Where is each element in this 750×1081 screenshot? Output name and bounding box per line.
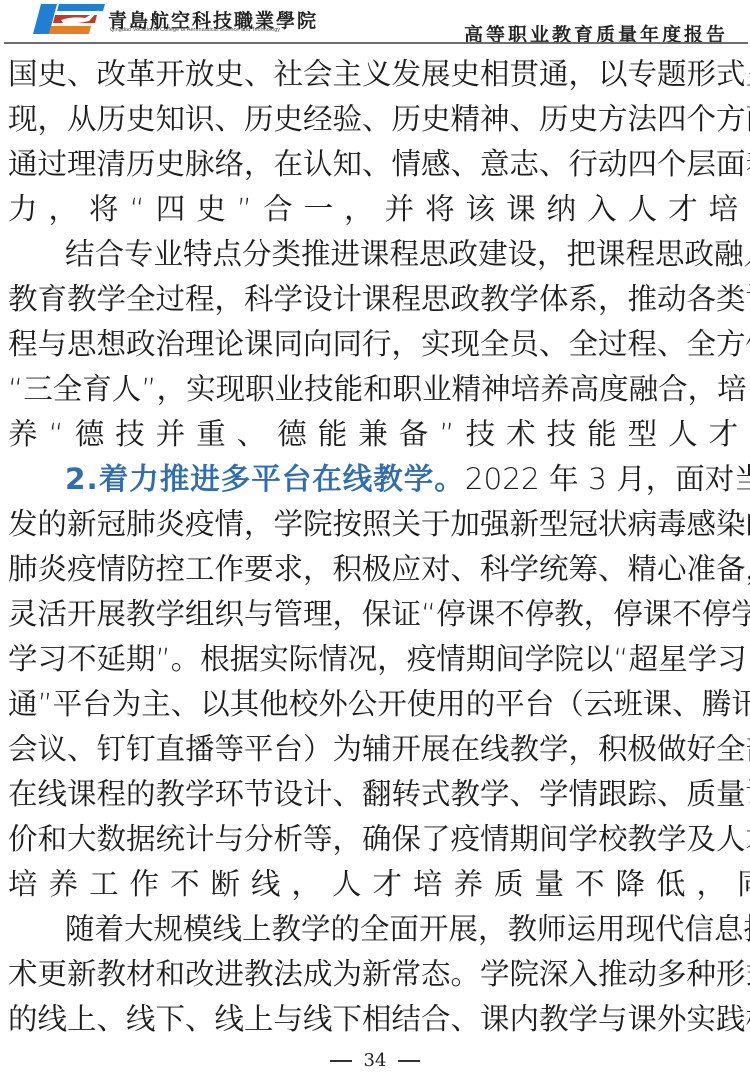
page-header: 青島航空科技職業學院 Qingdao Vocational College of… [0,0,750,44]
text-line: 通过理清历史脉络，在认知、情感、意志、行动四个层面着 [8,142,744,187]
page-number: 34 [364,1050,387,1071]
text-line: 肺炎疫情防控工作要求，积极应对、科学统筹、精心准备， [8,547,744,592]
text-line: 术更新教材和改进教法成为新常态。学院深入推动多种形式 [8,952,744,997]
text-line: 发的新冠肺炎疫情，学院按照关于加强新型冠状病毒感染的 [8,502,744,547]
page-footer: 34 [0,1050,750,1071]
text-line: 养“德技并重、德能兼备”技术技能型人才。 [8,412,744,457]
text-line: 随着大规模线上教学的全面开展，教师运用现代信息技 [8,907,744,952]
footer-dash-right [398,1060,420,1062]
text-line: 灵活开展教学组织与管理，保证“停课不停教，停课不停学， [8,592,744,637]
text-line: 教育教学全过程，科学设计课程思政教学体系，推动各类课 [8,277,744,322]
section-heading: 2.着力推进多平台在线教学。 [65,462,465,496]
footer-dash-left [330,1060,352,1062]
text-line: 2.着力推进多平台在线教学。2022 年 3 月，面对当地突 [8,457,744,502]
text-line: 力，将“四史”合一，并将该课纳入人才培养方案。 [8,187,744,232]
text-line: 结合专业特点分类推进课程思政建设，把课程思政融入 [8,232,744,277]
text-line: 价和大数据统计与分析等，确保了疫情期间学校教学及人才 [8,817,744,862]
paragraph-1: 国史、改革开放史、社会主义发展史相贯通，以专题形式呈 现，从历史知识、历史经验、… [8,52,744,232]
paragraph-3: 2.着力推进多平台在线教学。2022 年 3 月，面对当地突 发的新冠肺炎疫情，… [8,457,744,907]
document-body: 国史、改革开放史、社会主义发展史相贯通，以专题形式呈 现，从历史知识、历史经验、… [8,52,744,1042]
school-name-english: Qingdao Vocational College of Aeronautic… [110,27,280,33]
text-line: 国史、改革开放史、社会主义发展史相贯通，以专题形式呈 [8,52,744,97]
text-line: “三全育人”，实现职业技能和职业精神培养高度融合，培 [8,367,744,412]
text-line: 会议、钉钉直播等平台）为辅开展在线教学，积极做好全部 [8,727,744,772]
paragraph-2: 结合专业特点分类推进课程思政建设，把课程思政融入 教育教学全过程，科学设计课程思… [8,232,744,457]
text-line: 的线上、线下、线上与线下相结合、课内教学与课外实践相 [8,997,744,1042]
text-line: 程与思想政治理论课同向同行，实现全员、全过程、全方位 [8,322,744,367]
text-line: 学习不延期”。根据实际情况，疫情期间学院以“超星学习 [8,637,744,682]
text-line: 通”平台为主、以其他校外公开使用的平台（云班课、腾讯 [8,682,744,727]
heading-line-rest: 2022 年 3 月，面对当地突 [465,462,750,496]
text-line: 在线课程的教学环节设计、翻转式教学、学情跟踪、质量评 [8,772,744,817]
text-line: 培养工作不断线，人才培养质量不降低，同质等效。 [8,862,744,907]
header-divider [4,42,748,44]
text-line: 现，从历史知识、历史经验、历史精神、历史方法四个方面， [8,97,744,142]
college-logo-bird-icon [33,4,105,34]
paragraph-4: 随着大规模线上教学的全面开展，教师运用现代信息技 术更新教材和改进教法成为新常态… [8,907,744,1042]
